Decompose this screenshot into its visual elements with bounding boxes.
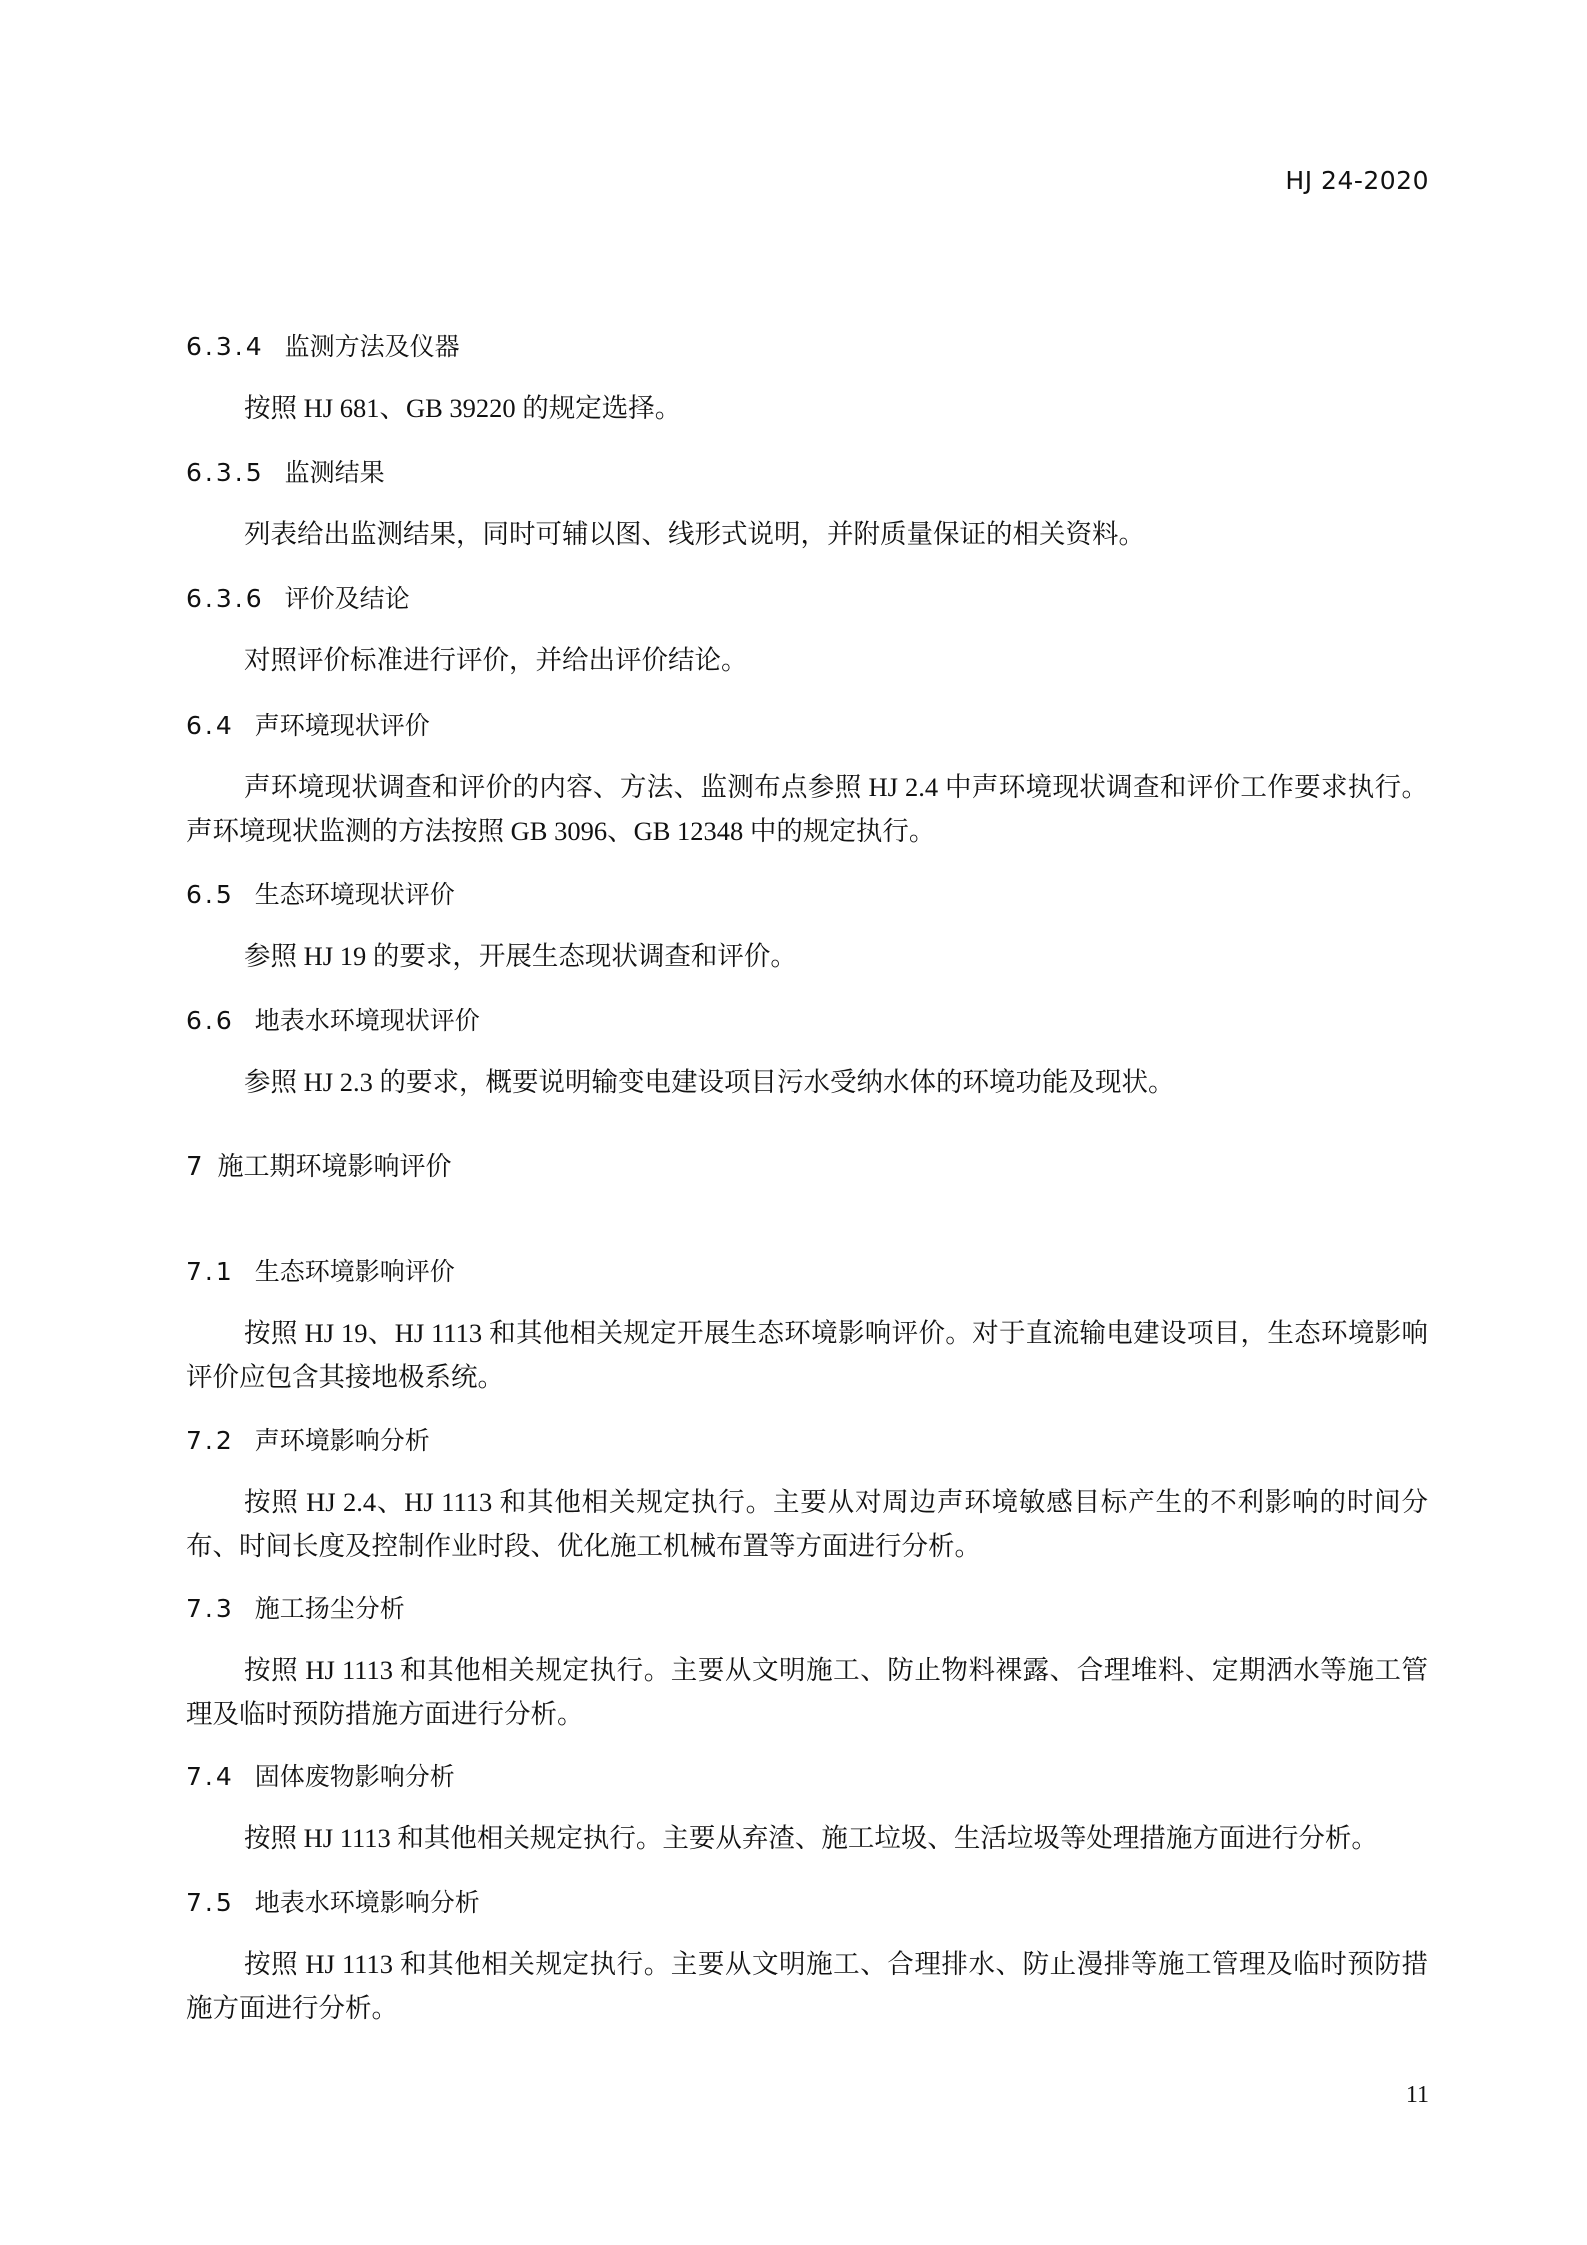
section-heading-7-5: 7.5地表水环境影响分析 <box>186 1883 480 1919</box>
section-title: 生态环境影响评价 <box>255 1257 455 1286</box>
chapter-title: 施工期环境影响评价 <box>218 1152 452 1182</box>
standard-code-header: HJ 24-2020 <box>1285 166 1429 195</box>
section-heading-7-1: 7.1生态环境影响评价 <box>186 1252 455 1288</box>
section-title: 地表水环境影响分析 <box>255 1888 480 1917</box>
section-heading-6-3-6: 6.3.6评价及结论 <box>186 579 410 615</box>
section-number: 7.1 <box>186 1257 235 1286</box>
section-paragraph-7-3: 按照 HJ 1113 和其他相关规定执行。主要从文明施工、防止物料裸露、合理堆料… <box>186 1648 1428 1736</box>
section-paragraph-7-2: 按照 HJ 2.4、HJ 1113 和其他相关规定执行。主要从对周边声环境敏感目… <box>186 1480 1428 1568</box>
section-number: 6.3.5 <box>186 458 265 487</box>
section-paragraph-7-4: 按照 HJ 1113 和其他相关规定执行。主要从弃渣、施工垃圾、生活垃圾等处理措… <box>186 1816 1428 1860</box>
section-number: 6.5 <box>186 880 235 909</box>
section-heading-6-3-5: 6.3.5监测结果 <box>186 453 385 489</box>
section-number: 6.3.4 <box>186 332 265 361</box>
section-number: 7.4 <box>186 1762 235 1791</box>
section-heading-7-4: 7.4固体废物影响分析 <box>186 1757 455 1793</box>
section-paragraph-6-3-5: 列表给出监测结果，同时可辅以图、线形式说明，并附质量保证的相关资料。 <box>186 512 1428 556</box>
section-paragraph-6-5: 参照 HJ 19 的要求，开展生态现状调查和评价。 <box>186 934 1428 978</box>
section-title: 固体废物影响分析 <box>255 1762 455 1791</box>
section-paragraph-6-6: 参照 HJ 2.3 的要求，概要说明输变电建设项目污水受纳水体的环境功能及现状。 <box>186 1060 1428 1104</box>
section-title: 声环境现状评价 <box>255 711 430 740</box>
page-number: 11 <box>1406 2082 1429 2109</box>
section-title: 监测结果 <box>285 458 385 487</box>
section-title: 地表水环境现状评价 <box>255 1006 480 1035</box>
section-title: 生态环境现状评价 <box>255 880 455 909</box>
section-heading-6-6: 6.6地表水环境现状评价 <box>186 1001 480 1037</box>
section-paragraph-6-3-4: 按照 HJ 681、GB 39220 的规定选择。 <box>186 386 1428 430</box>
chapter-number: 7 <box>186 1152 206 1182</box>
section-paragraph-7-1: 按照 HJ 19、HJ 1113 和其他相关规定开展生态环境影响评价。对于直流输… <box>186 1311 1428 1399</box>
section-paragraph-6-3-6: 对照评价标准进行评价，并给出评价结论。 <box>186 638 1428 682</box>
section-number: 6.3.6 <box>186 584 265 613</box>
section-number: 6.6 <box>186 1006 235 1035</box>
section-heading-6-3-4: 6.3.4监测方法及仪器 <box>186 327 460 363</box>
section-heading-7-3: 7.3施工扬尘分析 <box>186 1589 405 1625</box>
section-number: 7.2 <box>186 1426 235 1455</box>
section-title: 声环境影响分析 <box>255 1426 430 1455</box>
section-title: 施工扬尘分析 <box>255 1594 405 1623</box>
section-heading-6-4: 6.4声环境现状评价 <box>186 706 430 742</box>
section-heading-7-2: 7.2声环境影响分析 <box>186 1421 430 1457</box>
chapter-heading-7: 7施工期环境影响评价 <box>186 1146 452 1183</box>
section-number: 7.3 <box>186 1594 235 1623</box>
section-title: 评价及结论 <box>285 584 410 613</box>
section-number: 7.5 <box>186 1888 235 1917</box>
section-heading-6-5: 6.5生态环境现状评价 <box>186 875 455 911</box>
section-number: 6.4 <box>186 711 235 740</box>
section-paragraph-6-4: 声环境现状调查和评价的内容、方法、监测布点参照 HJ 2.4 中声环境现状调查和… <box>186 765 1428 853</box>
section-paragraph-7-5: 按照 HJ 1113 和其他相关规定执行。主要从文明施工、合理排水、防止漫排等施… <box>186 1942 1428 2030</box>
section-title: 监测方法及仪器 <box>285 332 460 361</box>
document-page: HJ 24-2020 6.3.4监测方法及仪器 按照 HJ 681、GB 392… <box>0 0 1587 2245</box>
